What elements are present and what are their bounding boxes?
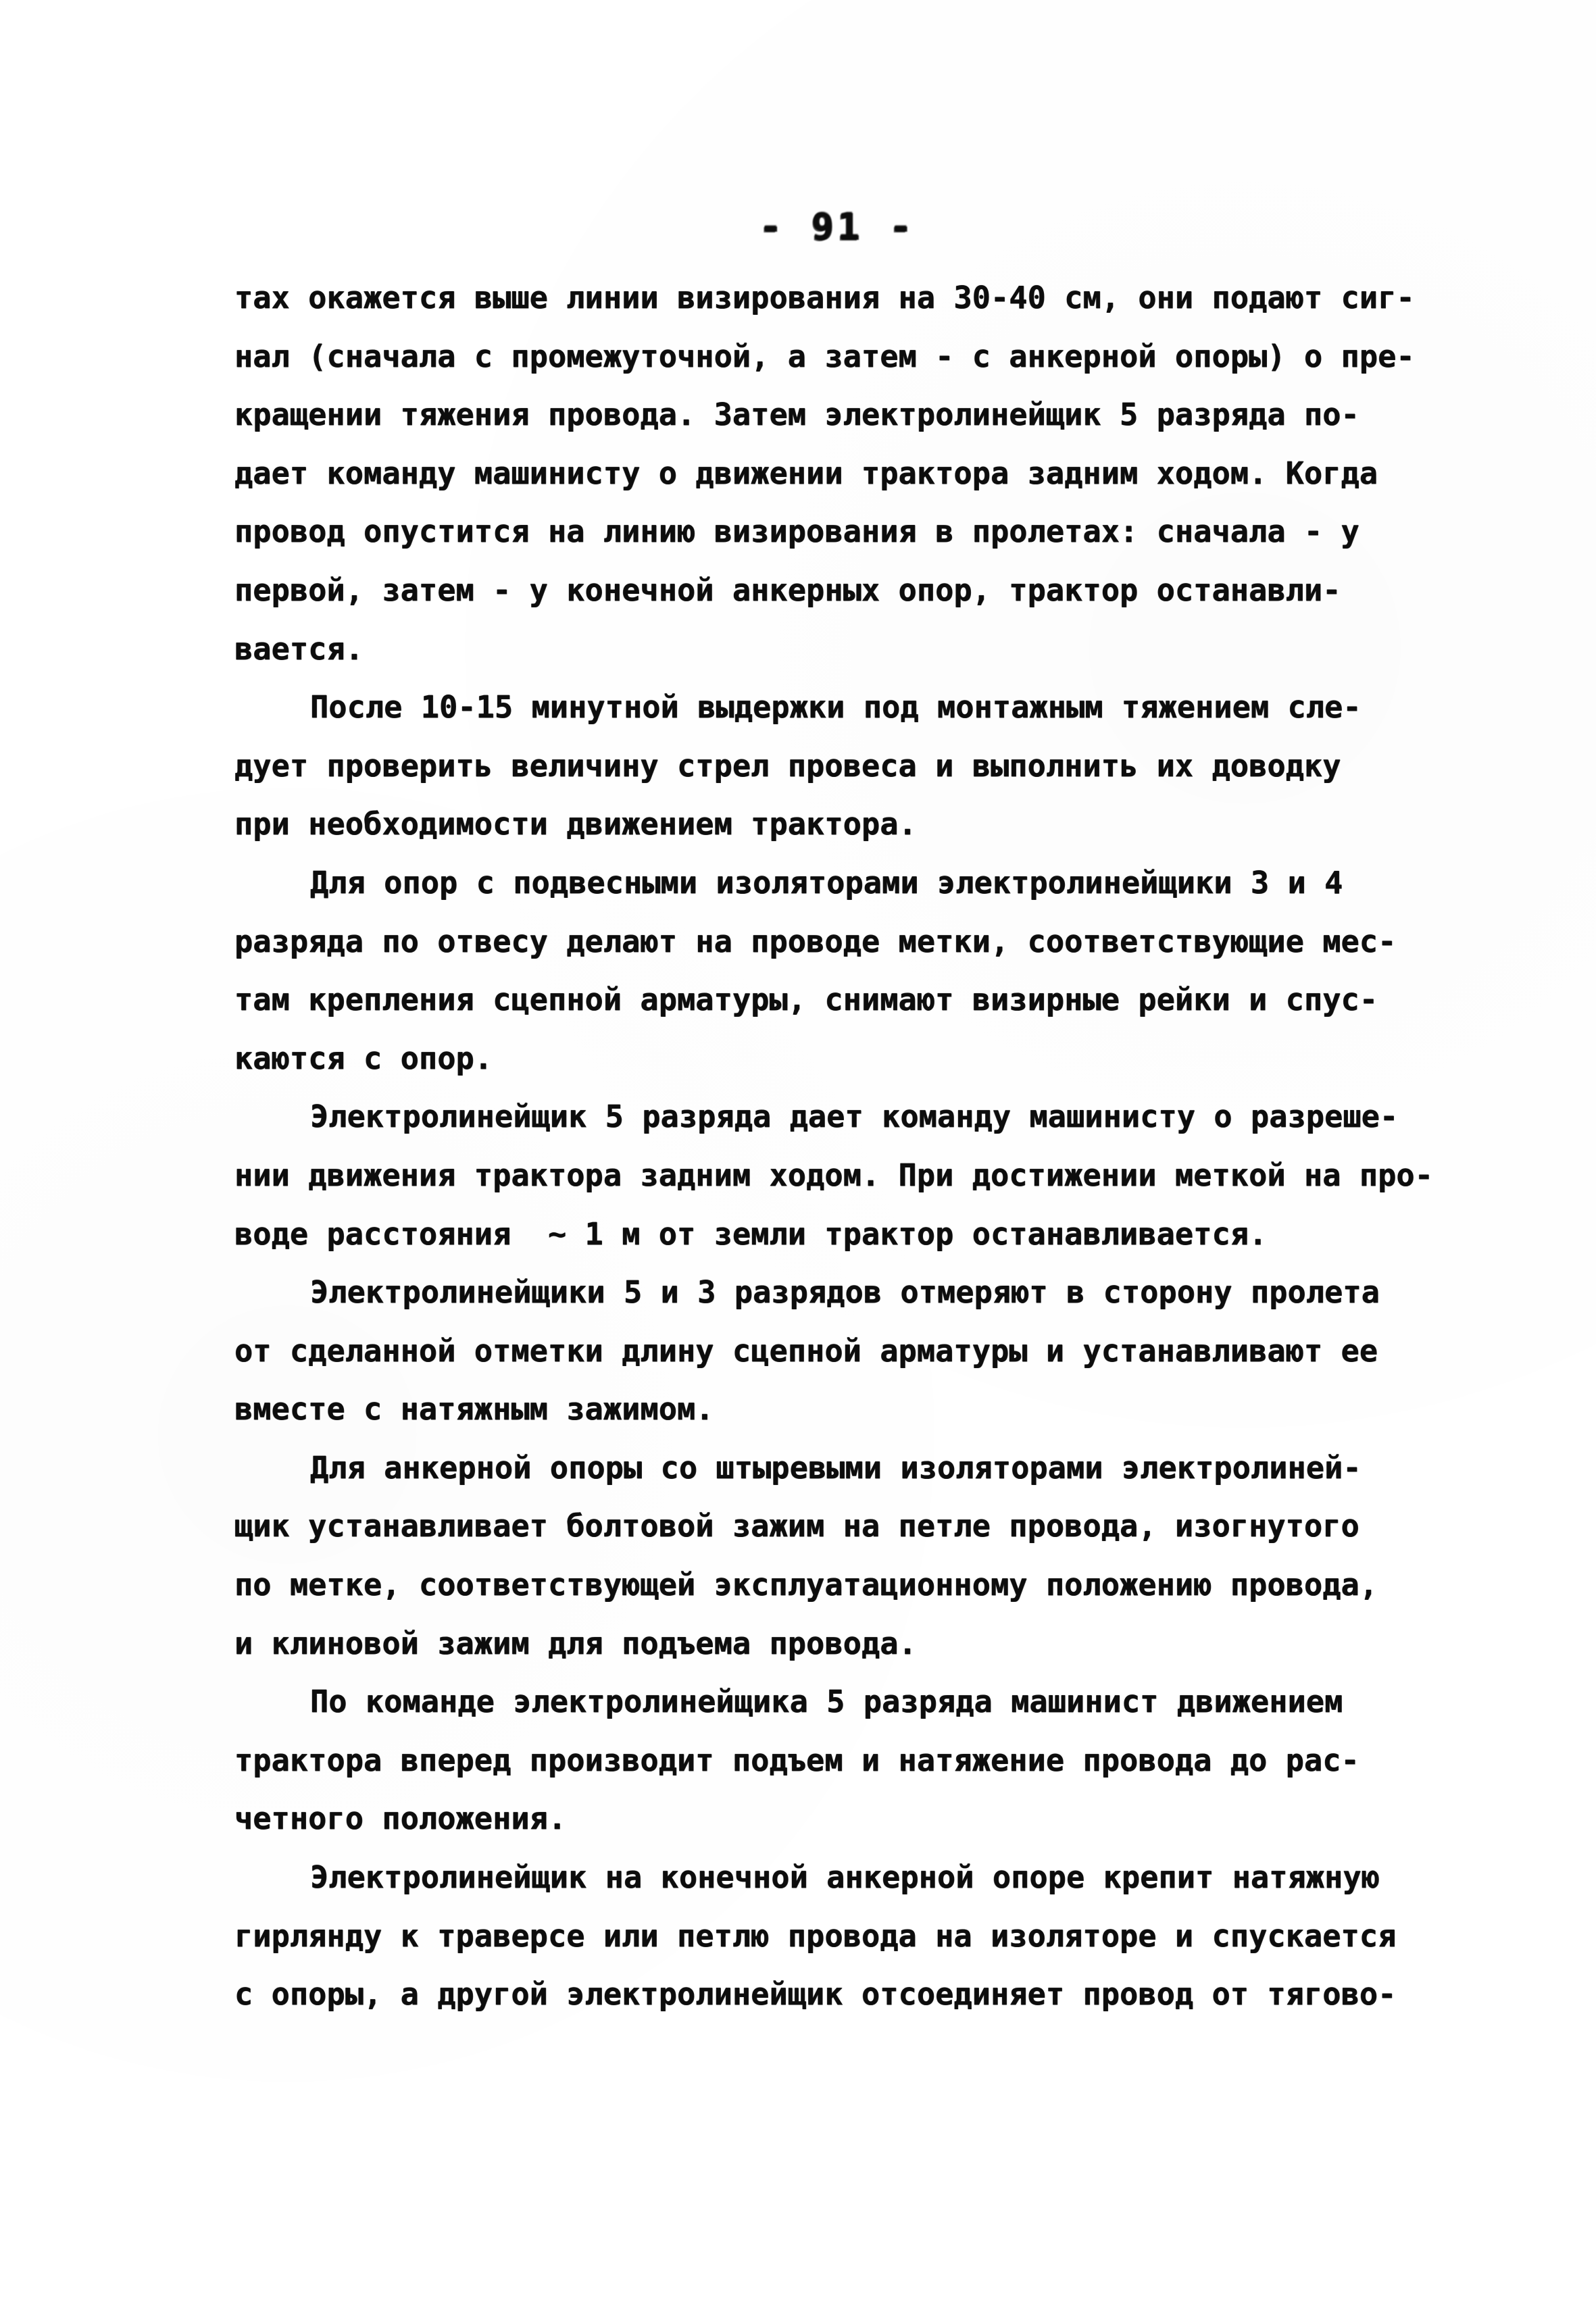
text-line: при необходимости движением трактора. bbox=[234, 795, 1471, 854]
text-line: Электролинейщики 5 и 3 разрядов отмеряют… bbox=[234, 1263, 1471, 1322]
text-line: и клиновой зажим для подъема провода. bbox=[234, 1615, 1471, 1674]
page-number: - 91 - bbox=[39, 200, 1596, 254]
text-line: первой, затем - у конечной анкерных опор… bbox=[234, 561, 1471, 620]
text-line: по метке, соответствующей эксплуатационн… bbox=[234, 1556, 1471, 1615]
text-line: щик устанавливает болтовой зажим на петл… bbox=[234, 1497, 1471, 1556]
text-line: вместе с натяжным зажимом. bbox=[234, 1380, 1471, 1439]
text-line: вается. bbox=[234, 620, 1471, 679]
text-block: тах окажется выше линии визирования на 3… bbox=[234, 269, 1471, 2024]
text-line: кращении тяжения провода. Затем электрол… bbox=[234, 386, 1471, 445]
text-line: Для опор с подвесными изоляторами электр… bbox=[234, 854, 1471, 913]
text-line: дует проверить величину стрел провеса и … bbox=[234, 737, 1471, 796]
text-line: гирлянду к траверсе или петлю провода на… bbox=[234, 1907, 1471, 1966]
text-line: воде расстояния ~ 1 м от земли трактор о… bbox=[234, 1205, 1471, 1264]
text-line: четного положения. bbox=[234, 1790, 1471, 1848]
text-line: там крепления сцепной арматуры, снимают … bbox=[234, 971, 1471, 1030]
text-line: нии движения трактора задним ходом. При … bbox=[234, 1147, 1471, 1205]
text-line: с опоры, а другой электролинейщик отсоед… bbox=[234, 1965, 1471, 2024]
text-line: После 10-15 минутной выдержки под монтаж… bbox=[234, 678, 1471, 737]
text-line: разряда по отвесу делают на проводе метк… bbox=[234, 913, 1471, 972]
text-line: тах окажется выше линии визирования на 3… bbox=[234, 269, 1471, 328]
text-line: дает команду машинисту о движении тракто… bbox=[234, 445, 1471, 503]
text-line: трактора вперед производит подъем и натя… bbox=[234, 1732, 1471, 1790]
text-line: каются с опор. bbox=[234, 1030, 1471, 1088]
text-line: Электролинейщик на конечной анкерной опо… bbox=[234, 1848, 1471, 1907]
text-line: провод опустится на линию визирования в … bbox=[234, 503, 1471, 561]
document-page: - 91 - тах окажется выше линии визирован… bbox=[0, 0, 1596, 2314]
text-line: По команде электролинейщика 5 разряда ма… bbox=[234, 1673, 1471, 1732]
text-line: нал (сначала с промежуточной, а затем - … bbox=[234, 328, 1471, 386]
text-line: Для анкерной опоры со штыревыми изолятор… bbox=[234, 1439, 1471, 1498]
text-line: Электролинейщик 5 разряда дает команду м… bbox=[234, 1088, 1471, 1147]
text-line: от сделанной отметки длину сцепной армат… bbox=[234, 1322, 1471, 1381]
